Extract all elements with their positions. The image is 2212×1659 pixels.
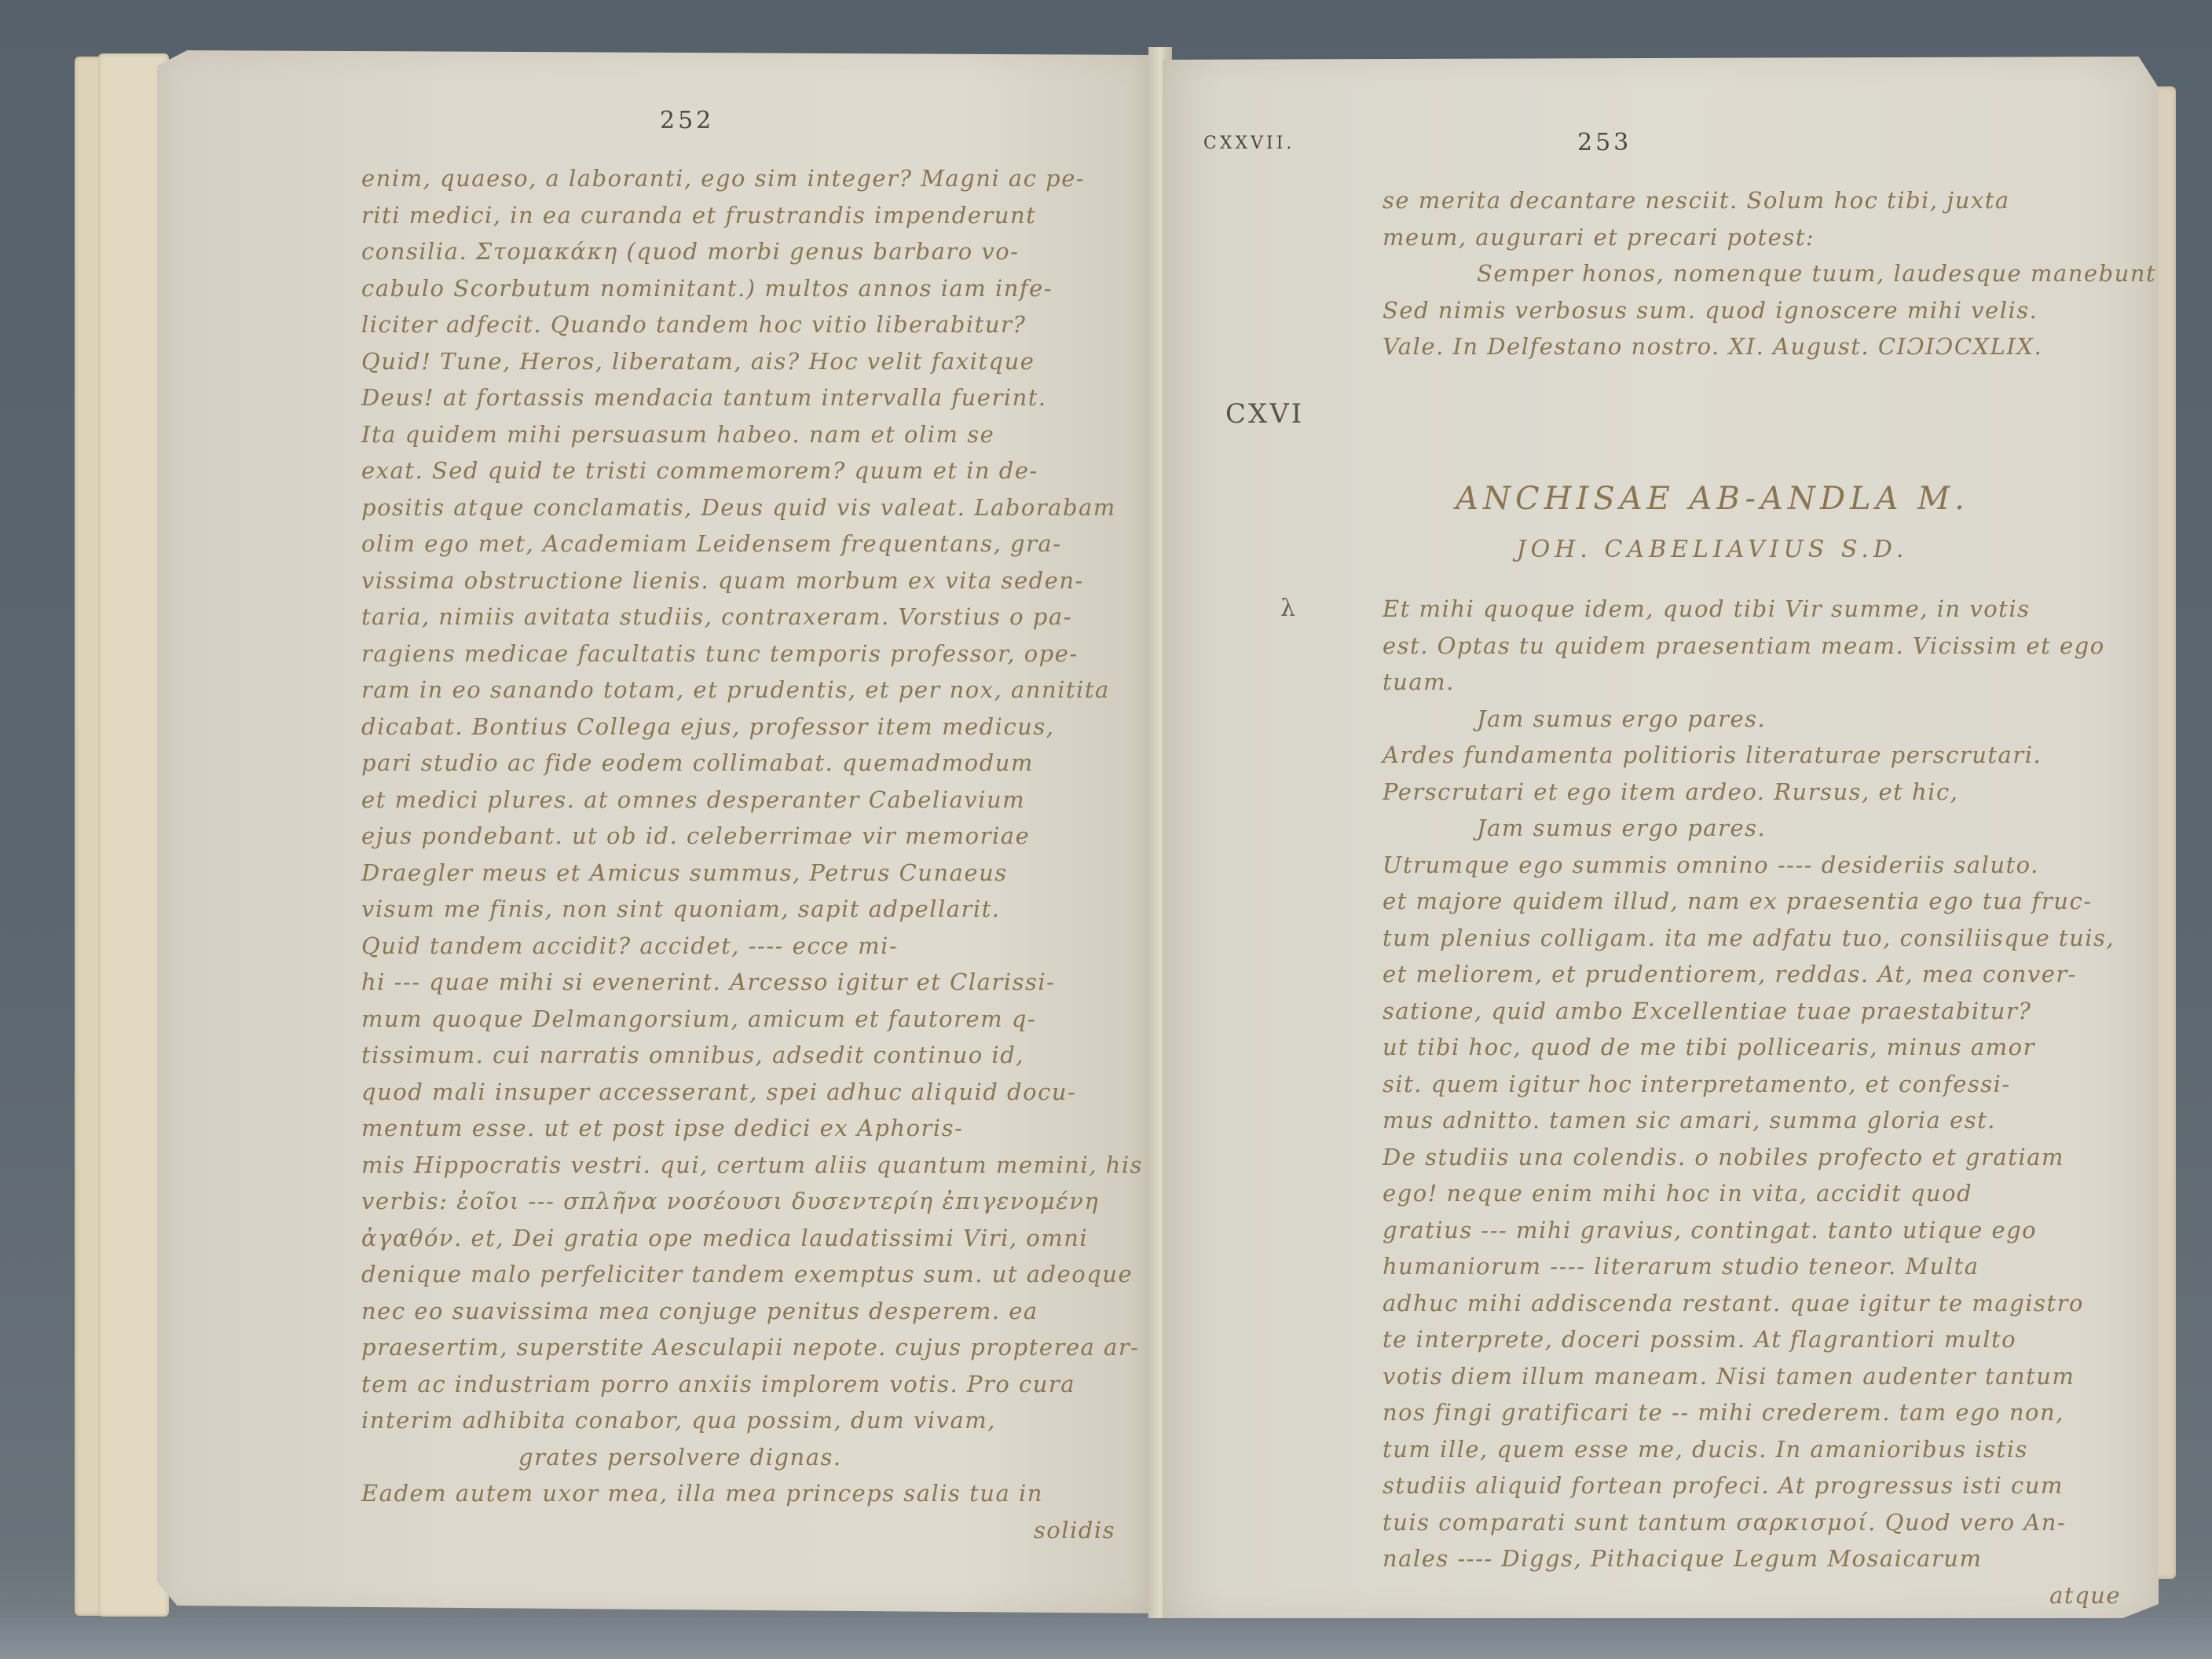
- text-line: adhuc mihi addiscenda restant. quae igit…: [1382, 1285, 2152, 1322]
- text-line: ut tibi hoc, quod de me tibi pollicearis…: [1382, 1029, 2152, 1066]
- text-line: studiis aliquid fortean profeci. At prog…: [1382, 1467, 2152, 1504]
- text-line: se merita decantare nesciit. Solum hoc t…: [1382, 182, 2152, 219]
- text-line: Deus! at fortassis mendacia tantum inter…: [361, 379, 1147, 416]
- right-page: CXXVII. 253 se merita decantare nesciit.…: [1163, 57, 2159, 1620]
- text-line: De studiis una colendis. o nobiles profe…: [1382, 1139, 2152, 1176]
- text-line: vissima obstructione lienis. quam morbum…: [361, 562, 1147, 599]
- text-line: ἀγαθόν. et, Dei gratia ope medica laudat…: [361, 1220, 1147, 1257]
- text-line: interim adhibita conabor, qua possim, du…: [361, 1402, 1147, 1439]
- text-line: tuis comparati sunt tantum σαρκισμοί. Qu…: [1382, 1504, 2152, 1541]
- text-line: consilia. Στομακάκη (quod morbi genus ba…: [361, 233, 1147, 270]
- text-line: Quid tandem accidit? accidet, ---- ecce …: [361, 928, 1147, 965]
- text-line: meum, augurari et precari potest:: [1382, 219, 2152, 256]
- closing-line: Eadem autem uxor mea, illa mea princeps …: [361, 1475, 1147, 1512]
- text-line: nos fingi gratificari te -- mihi credere…: [1382, 1394, 2152, 1431]
- text-line: quod mali insuper accesserant, spei adhu…: [361, 1074, 1147, 1111]
- text-line: tuam.: [1382, 664, 2152, 701]
- catchword: atque: [1382, 1577, 2152, 1614]
- text-line: sit. quem igitur hoc interpretamento, et…: [1382, 1066, 2152, 1103]
- text-line: et majore quidem illud, nam ex praesenti…: [1382, 883, 2152, 920]
- text-line: denique malo perfeliciter tandem exemptu…: [361, 1256, 1147, 1293]
- letter-addressee: ANCHISAE AB-ANDLA M.: [1398, 481, 2027, 517]
- right-page-top-text: se merita decantare nesciit. Solum hoc t…: [1382, 182, 2152, 365]
- text-line: mentum esse. ut et post ipse dedici ex A…: [361, 1110, 1147, 1147]
- left-page-text: enim, quaeso, a laboranti, ego sim integ…: [361, 160, 1147, 1548]
- letter-number: CXVI: [1225, 398, 1304, 430]
- right-page-letter-text: Et mihi quoque idem, quod tibi Vir summe…: [1382, 591, 2152, 1613]
- text-line: dicabat. Bontius Collega ejus, professor…: [361, 709, 1147, 745]
- folio-number-right: 253: [1577, 129, 1632, 156]
- text-line: Quid! Tune, Heros, liberatam, ais? Hoc v…: [361, 343, 1147, 380]
- text-line: satione, quid ambo Excellentiae tuae pra…: [1382, 993, 2152, 1030]
- catchword: solidis: [361, 1512, 1147, 1549]
- letter-sender: JOH. CABELIAVIUS S.D.: [1398, 536, 2027, 563]
- text-line: ragiens medicae facultatis tunc temporis…: [361, 635, 1147, 672]
- text-line: verbis: ἐοῖοι --- σπλῆνα νοσέουσι δυσεντ…: [361, 1183, 1147, 1220]
- text-line: pari studio ac fide eodem collimabat. qu…: [361, 745, 1147, 782]
- text-line: nales ---- Diggs, Pithacique Legum Mosai…: [1382, 1540, 2152, 1577]
- text-line: te interprete, doceri possim. At flagran…: [1382, 1321, 2152, 1358]
- text-line: enim, quaeso, a laboranti, ego sim integ…: [361, 160, 1147, 197]
- text-line: hi --- quae mihi si evenerint. Arcesso i…: [361, 964, 1147, 1001]
- text-line: riti medici, in ea curanda et frustrandi…: [361, 197, 1147, 234]
- text-line: Ardes fundamenta politioris literaturae …: [1382, 737, 2152, 774]
- text-line: positis atque conclamatis, Deus quid vis…: [361, 489, 1147, 526]
- text-line: tum plenius colligam. ita me adfatu tuo,…: [1382, 920, 2152, 957]
- text-line: est. Optas tu quidem praesentiam meam. V…: [1382, 628, 2152, 665]
- text-line: Ita quidem mihi persuasum habeo. nam et …: [361, 416, 1147, 453]
- text-line: ego! neque enim mihi hoc in vita, accidi…: [1382, 1175, 2152, 1212]
- verse-line: Jam sumus ergo pares.: [1382, 701, 2152, 738]
- text-line: Et mihi quoque idem, quod tibi Vir summe…: [1382, 591, 2152, 628]
- text-line: tissimum. cui narratis omnibus, adsedit …: [361, 1037, 1147, 1074]
- text-line: mus adnitto. tamen sic amari, summa glor…: [1382, 1102, 2152, 1139]
- margin-mark: λ: [1280, 595, 1295, 622]
- support-surface: [0, 1618, 2212, 1659]
- text-line: mis Hippocratis vestri. qui, certum alii…: [361, 1147, 1147, 1184]
- manuscript-spread: 252 enim, quaeso, a laboranti, ego sim i…: [0, 0, 2212, 1659]
- text-line: ram in eo sanando totam, et prudentis, e…: [361, 672, 1147, 709]
- text-line: cabulo Scorbutum nominitant.) multos ann…: [361, 270, 1147, 307]
- verse-line: grates persolvere dignas.: [361, 1439, 1147, 1476]
- text-line: liciter adfecit. Quando tandem hoc vitio…: [361, 306, 1147, 343]
- text-line: Vale. In Delfestano nostro. XI. August. …: [1382, 328, 2152, 365]
- verse-line: Jam sumus ergo pares.: [1382, 810, 2152, 847]
- text-line: praesertim, superstite Aesculapii nepote…: [361, 1329, 1147, 1366]
- text-line: visum me finis, non sint quoniam, sapit …: [361, 891, 1147, 928]
- text-line: Utrumque ego summis omnino ---- desideri…: [1382, 847, 2152, 884]
- text-line: olim ego met, Academiam Leidensem freque…: [361, 526, 1147, 562]
- text-line: et medici plures. at omnes desperanter C…: [361, 782, 1147, 819]
- text-line: et meliorem, et prudentiorem, reddas. At…: [1382, 956, 2152, 993]
- text-line: nec eo suavissima mea conjuge penitus de…: [361, 1293, 1147, 1330]
- text-line: gratius --- mihi gravius, contingat. tan…: [1382, 1212, 2152, 1249]
- text-line: Draegler meus et Amicus summus, Petrus C…: [361, 855, 1147, 892]
- text-line: tum ille, quem esse me, ducis. In amanio…: [1382, 1431, 2152, 1468]
- folio-number-left: 252: [660, 107, 714, 134]
- text-line: mum quoque Delmangorsium, amicum et faut…: [361, 1001, 1147, 1038]
- text-line: exat. Sed quid te tristi commemorem? quu…: [361, 452, 1147, 489]
- verse-line: Semper honos, nomenque tuum, laudesque m…: [1382, 255, 2152, 292]
- text-line: ejus pondebant. ut ob id. celeberrimae v…: [361, 818, 1147, 855]
- text-line: taria, nimiis avitata studiis, contraxer…: [361, 599, 1147, 635]
- text-line: Perscrutari et ego item ardeo. Rursus, e…: [1382, 774, 2152, 811]
- left-page: 252 enim, quaeso, a laboranti, ego sim i…: [157, 50, 1159, 1613]
- letter-number-top: CXXVII.: [1203, 134, 1295, 153]
- text-line: Sed nimis verbosus sum. quod ignoscere m…: [1382, 292, 2152, 329]
- text-line: tem ac industriam porro anxiis implorem …: [361, 1366, 1147, 1403]
- text-line: votis diem illum maneam. Nisi tamen aude…: [1382, 1358, 2152, 1395]
- text-line: humaniorum ---- literarum studio teneor.…: [1382, 1248, 2152, 1285]
